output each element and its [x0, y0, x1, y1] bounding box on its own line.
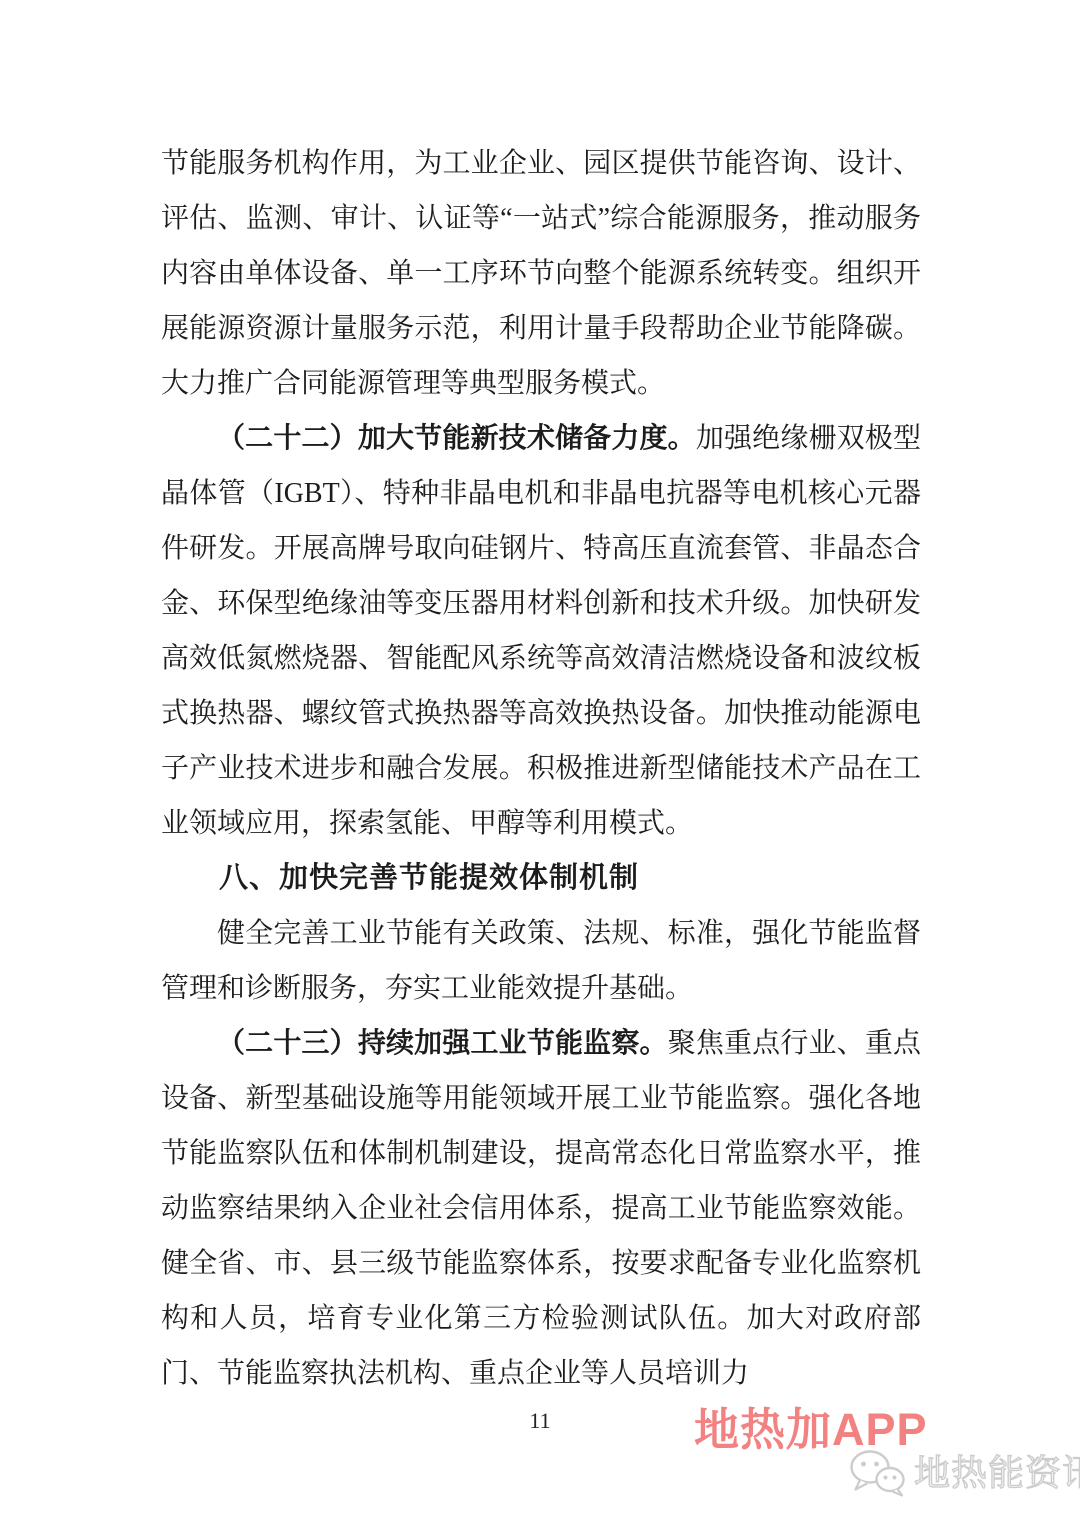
paragraph-text: 聚焦重点行业、重点设备、新型基础设施等用能领域开展工业节能监察。强化各地节能监察… — [161, 1028, 921, 1389]
paragraph-lead-bold: （二十二）加大节能新技术储备力度。 — [217, 423, 696, 454]
document-text: 节能服务机构作用，为工业企业、园区提供节能咨询、设计、评估、监测、审计、认证等“… — [161, 136, 921, 1401]
document-page: 节能服务机构作用，为工业企业、园区提供节能咨询、设计、评估、监测、审计、认证等“… — [0, 0, 1080, 1527]
paragraph-text: 加强绝缘栅双极型晶体管（IGBT）、特种非晶电机和非晶电抗器等电机核心元器件研发… — [161, 423, 921, 839]
paragraph-text: 节能服务机构作用，为工业企业、园区提供节能咨询、设计、评估、监测、审计、认证等“… — [161, 148, 921, 399]
paragraph-section-intro: 健全完善工业节能有关政策、法规、标准，强化节能监督管理和诊断服务，夯实工业能效提… — [161, 906, 921, 1016]
wechat-account-name: 地热能资讯 — [914, 1449, 1080, 1497]
paragraph-item-23: （二十三）持续加强工业节能监察。聚焦重点行业、重点设备、新型基础设施等用能领域开… — [161, 1016, 921, 1401]
paragraph-text: 健全完善工业节能有关政策、法规、标准，强化节能监督管理和诊断服务，夯实工业能效提… — [161, 918, 921, 1004]
section-heading-8: 八、加快完善节能提效体制机制 — [161, 851, 921, 906]
paragraph-lead-bold: （二十三）持续加强工业节能监察。 — [217, 1028, 668, 1059]
wechat-icon — [849, 1448, 907, 1498]
paragraph-continuation: 节能服务机构作用，为工业企业、园区提供节能咨询、设计、评估、监测、审计、认证等“… — [161, 136, 921, 411]
wechat-watermark: 地热能资讯 — [849, 1448, 1080, 1498]
paragraph-item-22: （二十二）加大节能新技术储备力度。加强绝缘栅双极型晶体管（IGBT）、特种非晶电… — [161, 411, 921, 851]
